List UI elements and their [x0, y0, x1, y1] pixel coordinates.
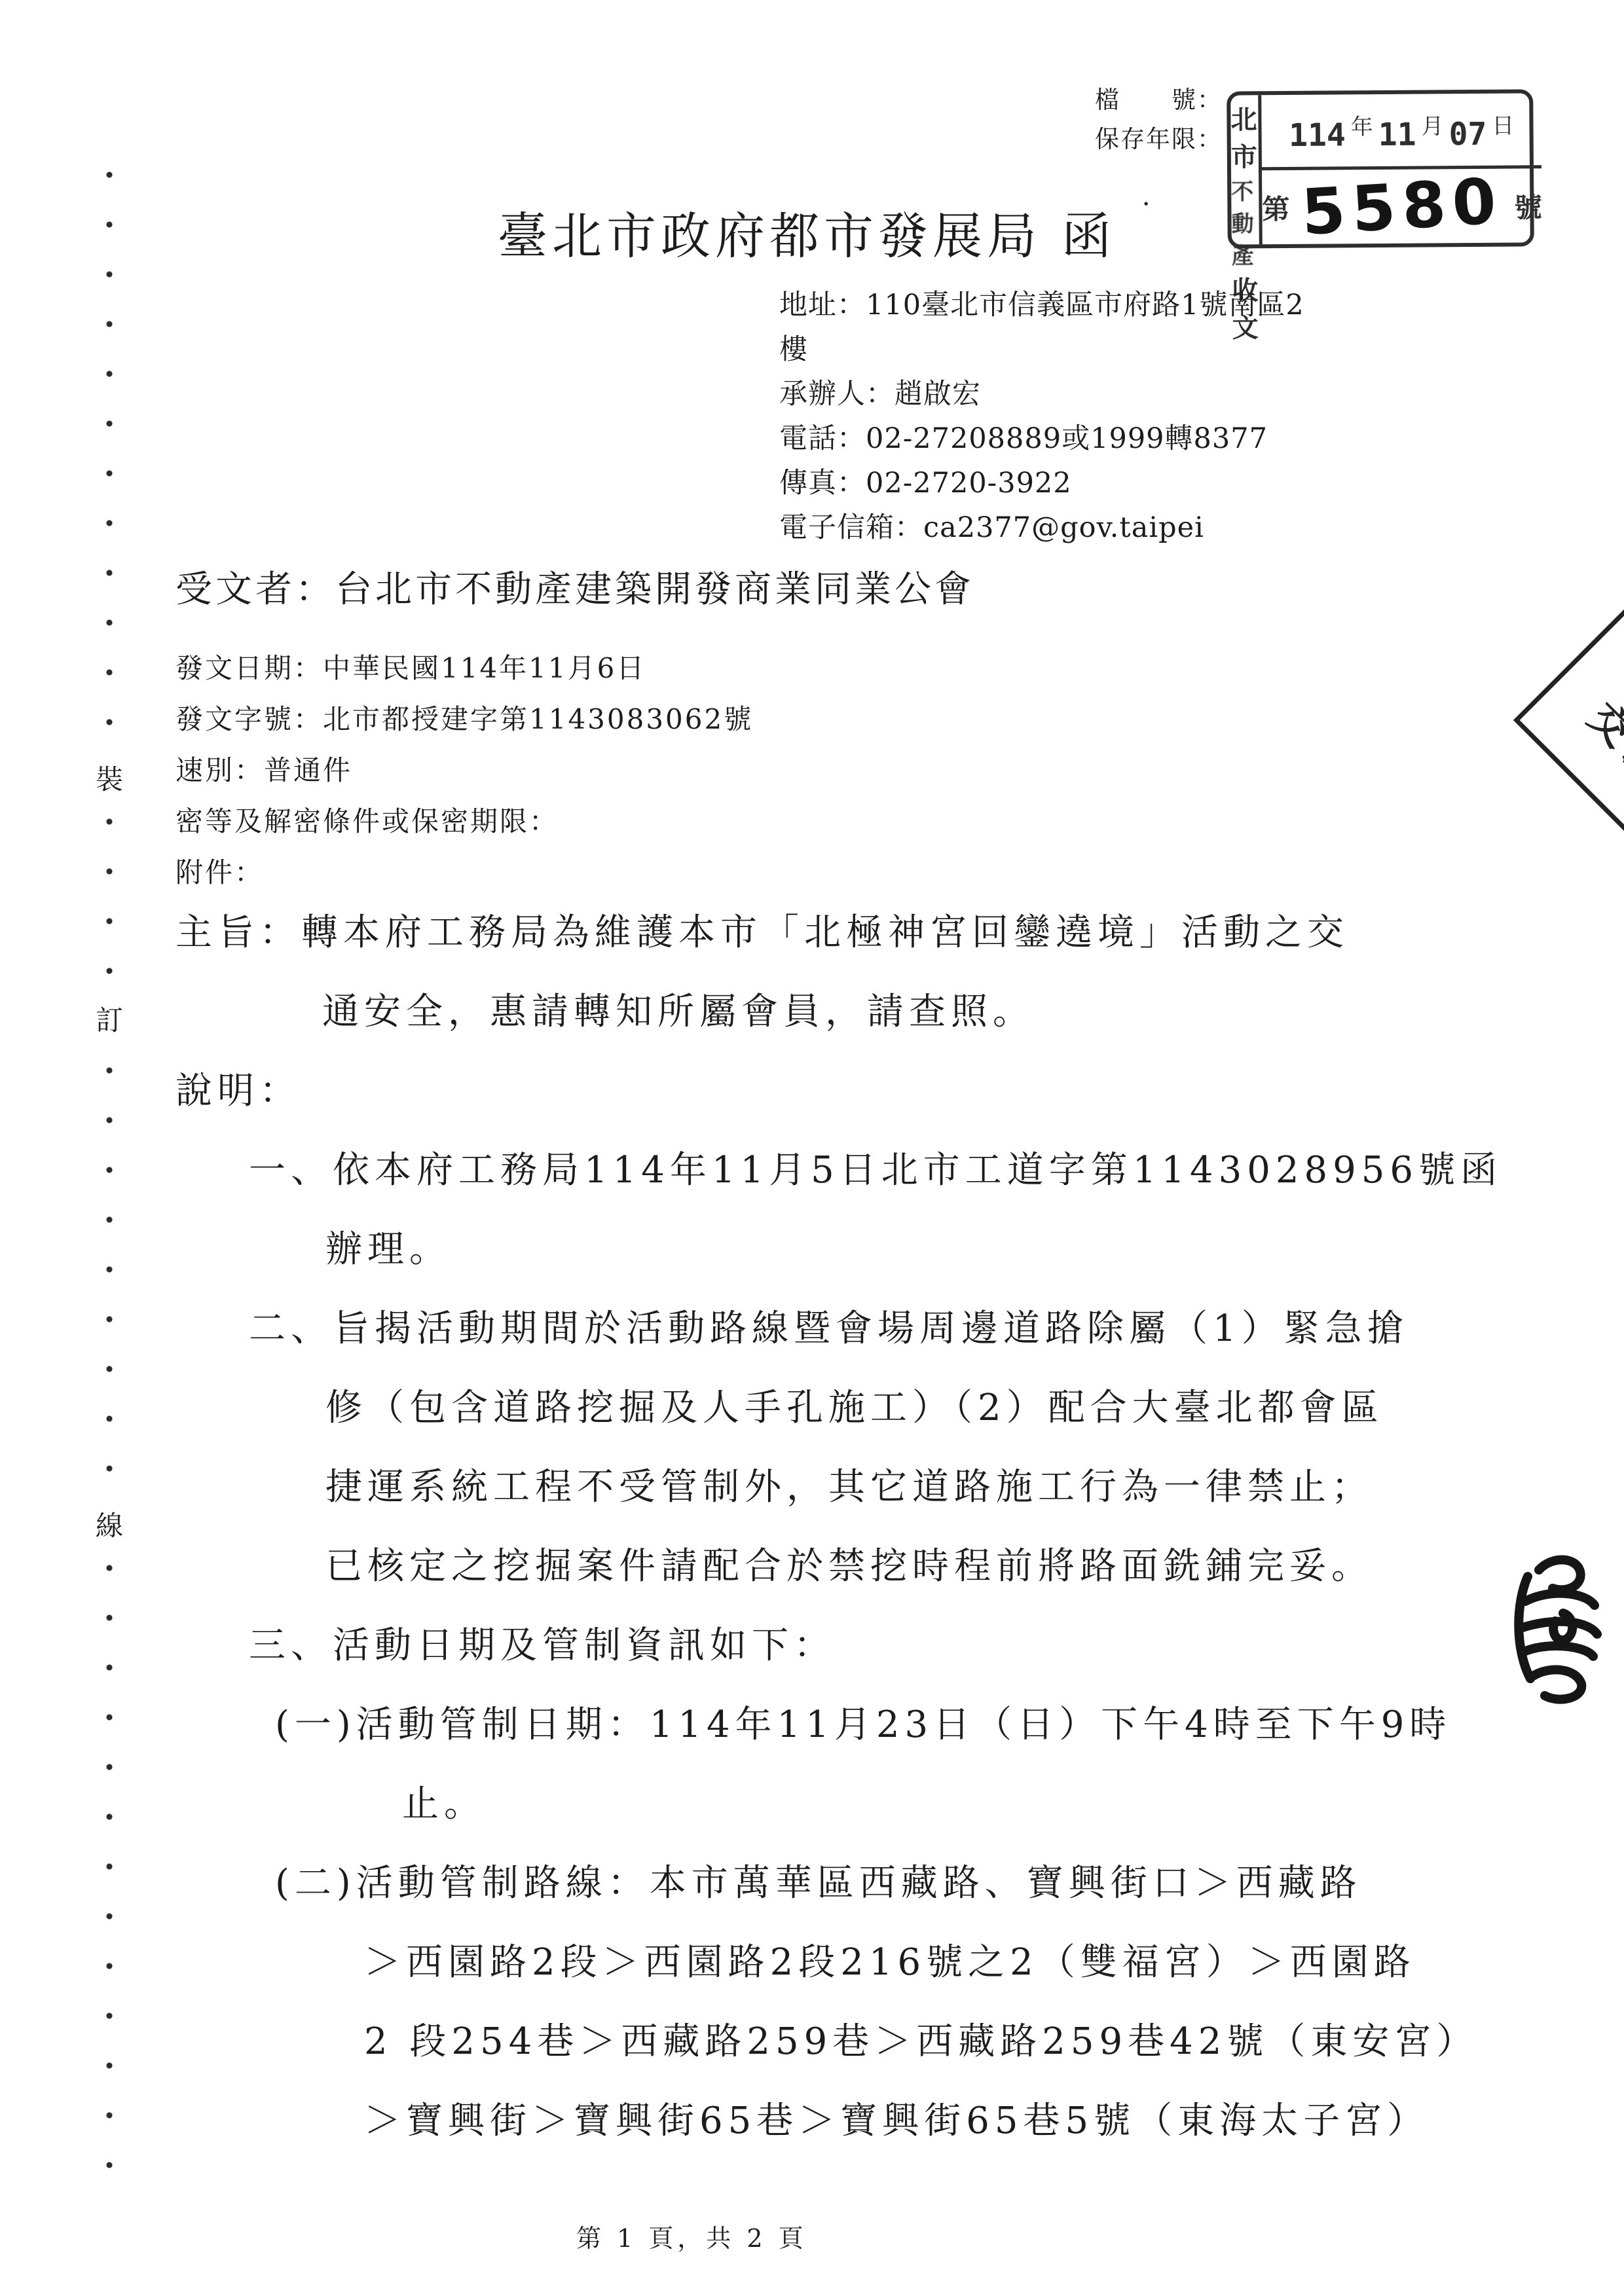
- retention-period-label: 保存年限：: [1095, 119, 1223, 155]
- body-line-item2-4: 已核定之挖掘案件請配合於禁挖時程前將路面銑鋪完妥。: [325, 1537, 1373, 1590]
- receipt-stamp-number-row: 第 5580 號: [1262, 168, 1542, 244]
- body-line-sub1-1: (一)活動管制日期：114年11月23日（日）下午4時至下午9時: [275, 1696, 1451, 1748]
- send-date-line: 發文日期：中華民國114年11月6日: [175, 647, 646, 686]
- body-line-item1-1: 一、依本府工務局114年11月5日北市工道字第1143028956號函: [249, 1141, 1502, 1194]
- receipt-stamp-date: 114 年 11 月 07 日: [1261, 93, 1541, 170]
- stamp-number-suffix: 號: [1514, 186, 1541, 225]
- stamp-day-unit: 日: [1492, 107, 1514, 139]
- body-line-sub1-2: 止。: [402, 1775, 486, 1827]
- sender-phone: 電話：02-27208889或1999轉8377: [779, 416, 1268, 456]
- receipt-stamp-right: 114 年 11 月 07 日 第 5580 號: [1261, 93, 1542, 244]
- body-line-sub2-2: ＞西園路2段＞西園路2段216號之2（雙福宮）＞西園路: [364, 1933, 1416, 1986]
- electronic-exchange-stamp: 電子 交換: [1513, 577, 1624, 864]
- stamp-org-line2: 不動產: [1231, 173, 1259, 270]
- stamp-month: 11: [1378, 117, 1416, 153]
- security-line: 密等及解密條件或保密期限：: [175, 800, 559, 839]
- sender-contact-person: 承辦人：趙啟宏: [779, 372, 981, 412]
- body-line-item2-2: 修（包含道路挖掘及人手孔施工）（2）配合大臺北都會區: [325, 1379, 1384, 1431]
- document-page: 裝 訂 線 檔 號： 保存年限： ． 北市 不動產 收文 114 年 11 月 …: [0, 0, 1624, 2296]
- sender-address-line1: 地址：110臺北市信義區市府路1號南區2: [779, 283, 1304, 323]
- body-line-sub2-4: ＞寶興街＞寶興街65巷＞寶興街65巷5號（東海太子宮）: [364, 2092, 1429, 2144]
- binding-label-zhuang: 裝: [90, 753, 128, 803]
- electronic-exchange-stamp-text2: 交換: [1578, 687, 1624, 799]
- body-line-item1-2: 辦理。: [325, 1220, 451, 1273]
- body-line-item2-1: 二、旨揭活動期間於活動路線暨會場周邊道路除屬（1）緊急搶: [249, 1300, 1409, 1352]
- binding-dotted-line: [106, 172, 113, 2181]
- doc-number-line: 發文字號：北市都授建字第1143083062號: [175, 698, 753, 737]
- document-title: 臺北市政府都市發展局 函: [498, 196, 1116, 268]
- sender-fax: 傳真：02-2720-3922: [779, 461, 1072, 501]
- body-line-sub2-1: (二)活動管制路線：本市萬華區西藏路、寶興街口＞西藏路: [275, 1854, 1362, 1906]
- binding-label-ding: 訂: [90, 994, 128, 1044]
- sender-email: 電子信箱：ca2377@gov.taipei: [779, 505, 1204, 545]
- sender-address-line2: 樓: [779, 327, 808, 367]
- stamp-month-unit: 月: [1421, 108, 1443, 140]
- attachment-line: 附件：: [175, 851, 264, 890]
- body-line-subject-2: 通安全，惠請轉知所屬會員，請查照。: [322, 983, 1035, 1035]
- speed-line: 速別：普通件: [175, 749, 352, 788]
- body-line-item3: 三、活動日期及管制資訊如下：: [249, 1616, 836, 1669]
- body-line-sub2-3: 2 段254巷＞西藏路259巷＞西藏路259巷42號（東安宮）: [364, 2013, 1478, 2065]
- stamp-day: 07: [1449, 116, 1486, 153]
- binding-label-xian: 線: [90, 1499, 128, 1549]
- stamp-org-line1: 北市: [1230, 99, 1259, 173]
- stamp-number-handwritten: 5580: [1299, 164, 1504, 249]
- body-line-explanation: 說明：: [175, 1062, 301, 1114]
- stamp-number-prefix: 第: [1262, 187, 1289, 227]
- stamp-year-unit: 年: [1351, 109, 1373, 141]
- page-footer: 第 1 頁，共 2 頁: [576, 2218, 807, 2254]
- stamp-year: 114: [1289, 117, 1346, 154]
- recipient-line: 受文者：台北市不動產建築開發商業同業公會: [175, 560, 974, 613]
- body-line-subject-1: 主旨：轉本府工務局為維護本市「北極神宮回鑾遶境」活動之交: [175, 903, 1349, 956]
- receipt-stamp: 北市 不動產 收文 114 年 11 月 07 日 第 5580 號: [1227, 89, 1534, 248]
- handwritten-scribble: [1503, 1550, 1608, 1714]
- receipt-stamp-org: 北市 不動產 收文: [1230, 95, 1263, 244]
- stray-dot: ．: [1142, 175, 1168, 213]
- archive-number-label: 檔 號：: [1095, 80, 1223, 115]
- body-line-item2-3: 捷運系統工程不受管制外，其它道路施工行為一律禁止；: [325, 1458, 1373, 1510]
